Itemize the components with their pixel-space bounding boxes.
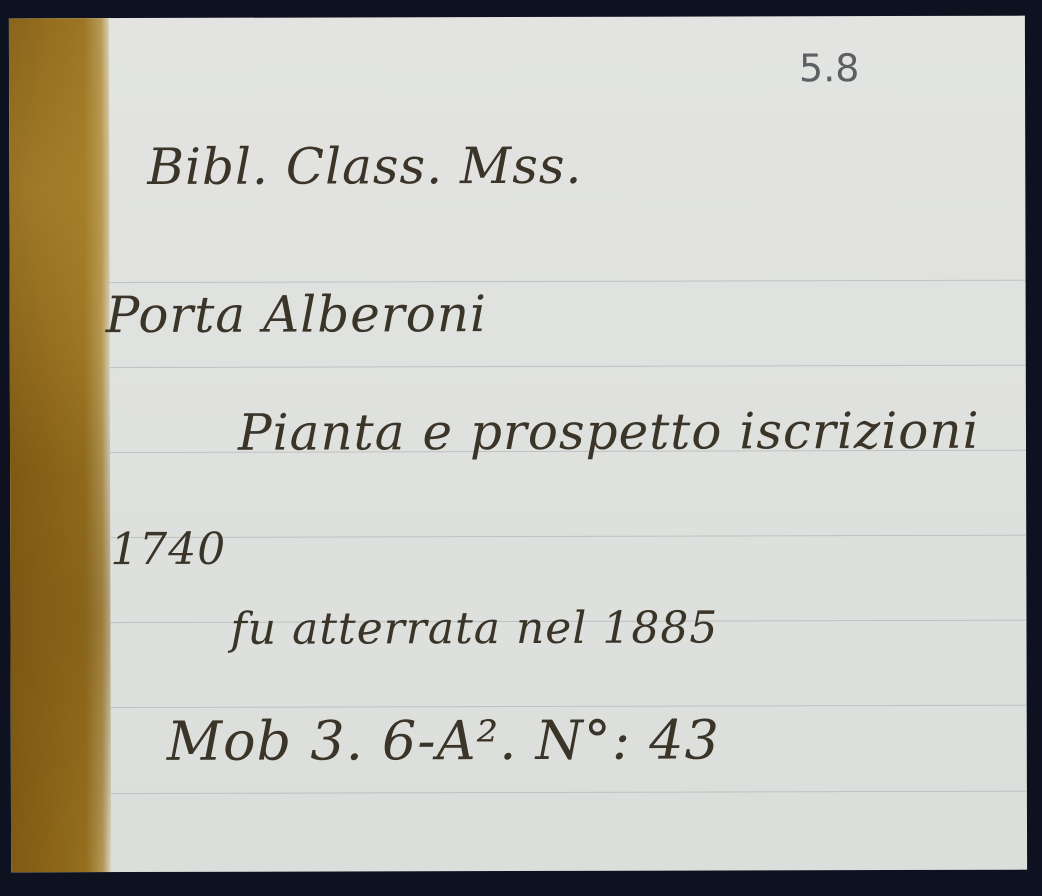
description-line: Pianta e prospetto iscrizioni bbox=[238, 402, 980, 462]
adhesive-tape-strip bbox=[9, 18, 111, 872]
year-line: 1740 bbox=[110, 524, 226, 575]
collection-line: Bibl. Class. Mss. bbox=[147, 137, 582, 196]
shelfmark-line: Mob 3. 6-A². N°: 43 bbox=[167, 708, 720, 772]
note-line: fu atterrata nel 1885 bbox=[230, 602, 718, 654]
ruled-line bbox=[110, 535, 1026, 538]
title-line: Porta Alberoni bbox=[106, 285, 487, 344]
ruled-line bbox=[111, 791, 1027, 794]
catalogue-slip: 5.8 Bibl. Class. Mss. Porta Alberoni Pia… bbox=[9, 16, 1027, 873]
ruled-line bbox=[110, 280, 1026, 283]
ruled-line bbox=[111, 705, 1027, 708]
ruled-line bbox=[110, 365, 1026, 368]
pencil-mark: 5.8 bbox=[799, 46, 860, 90]
